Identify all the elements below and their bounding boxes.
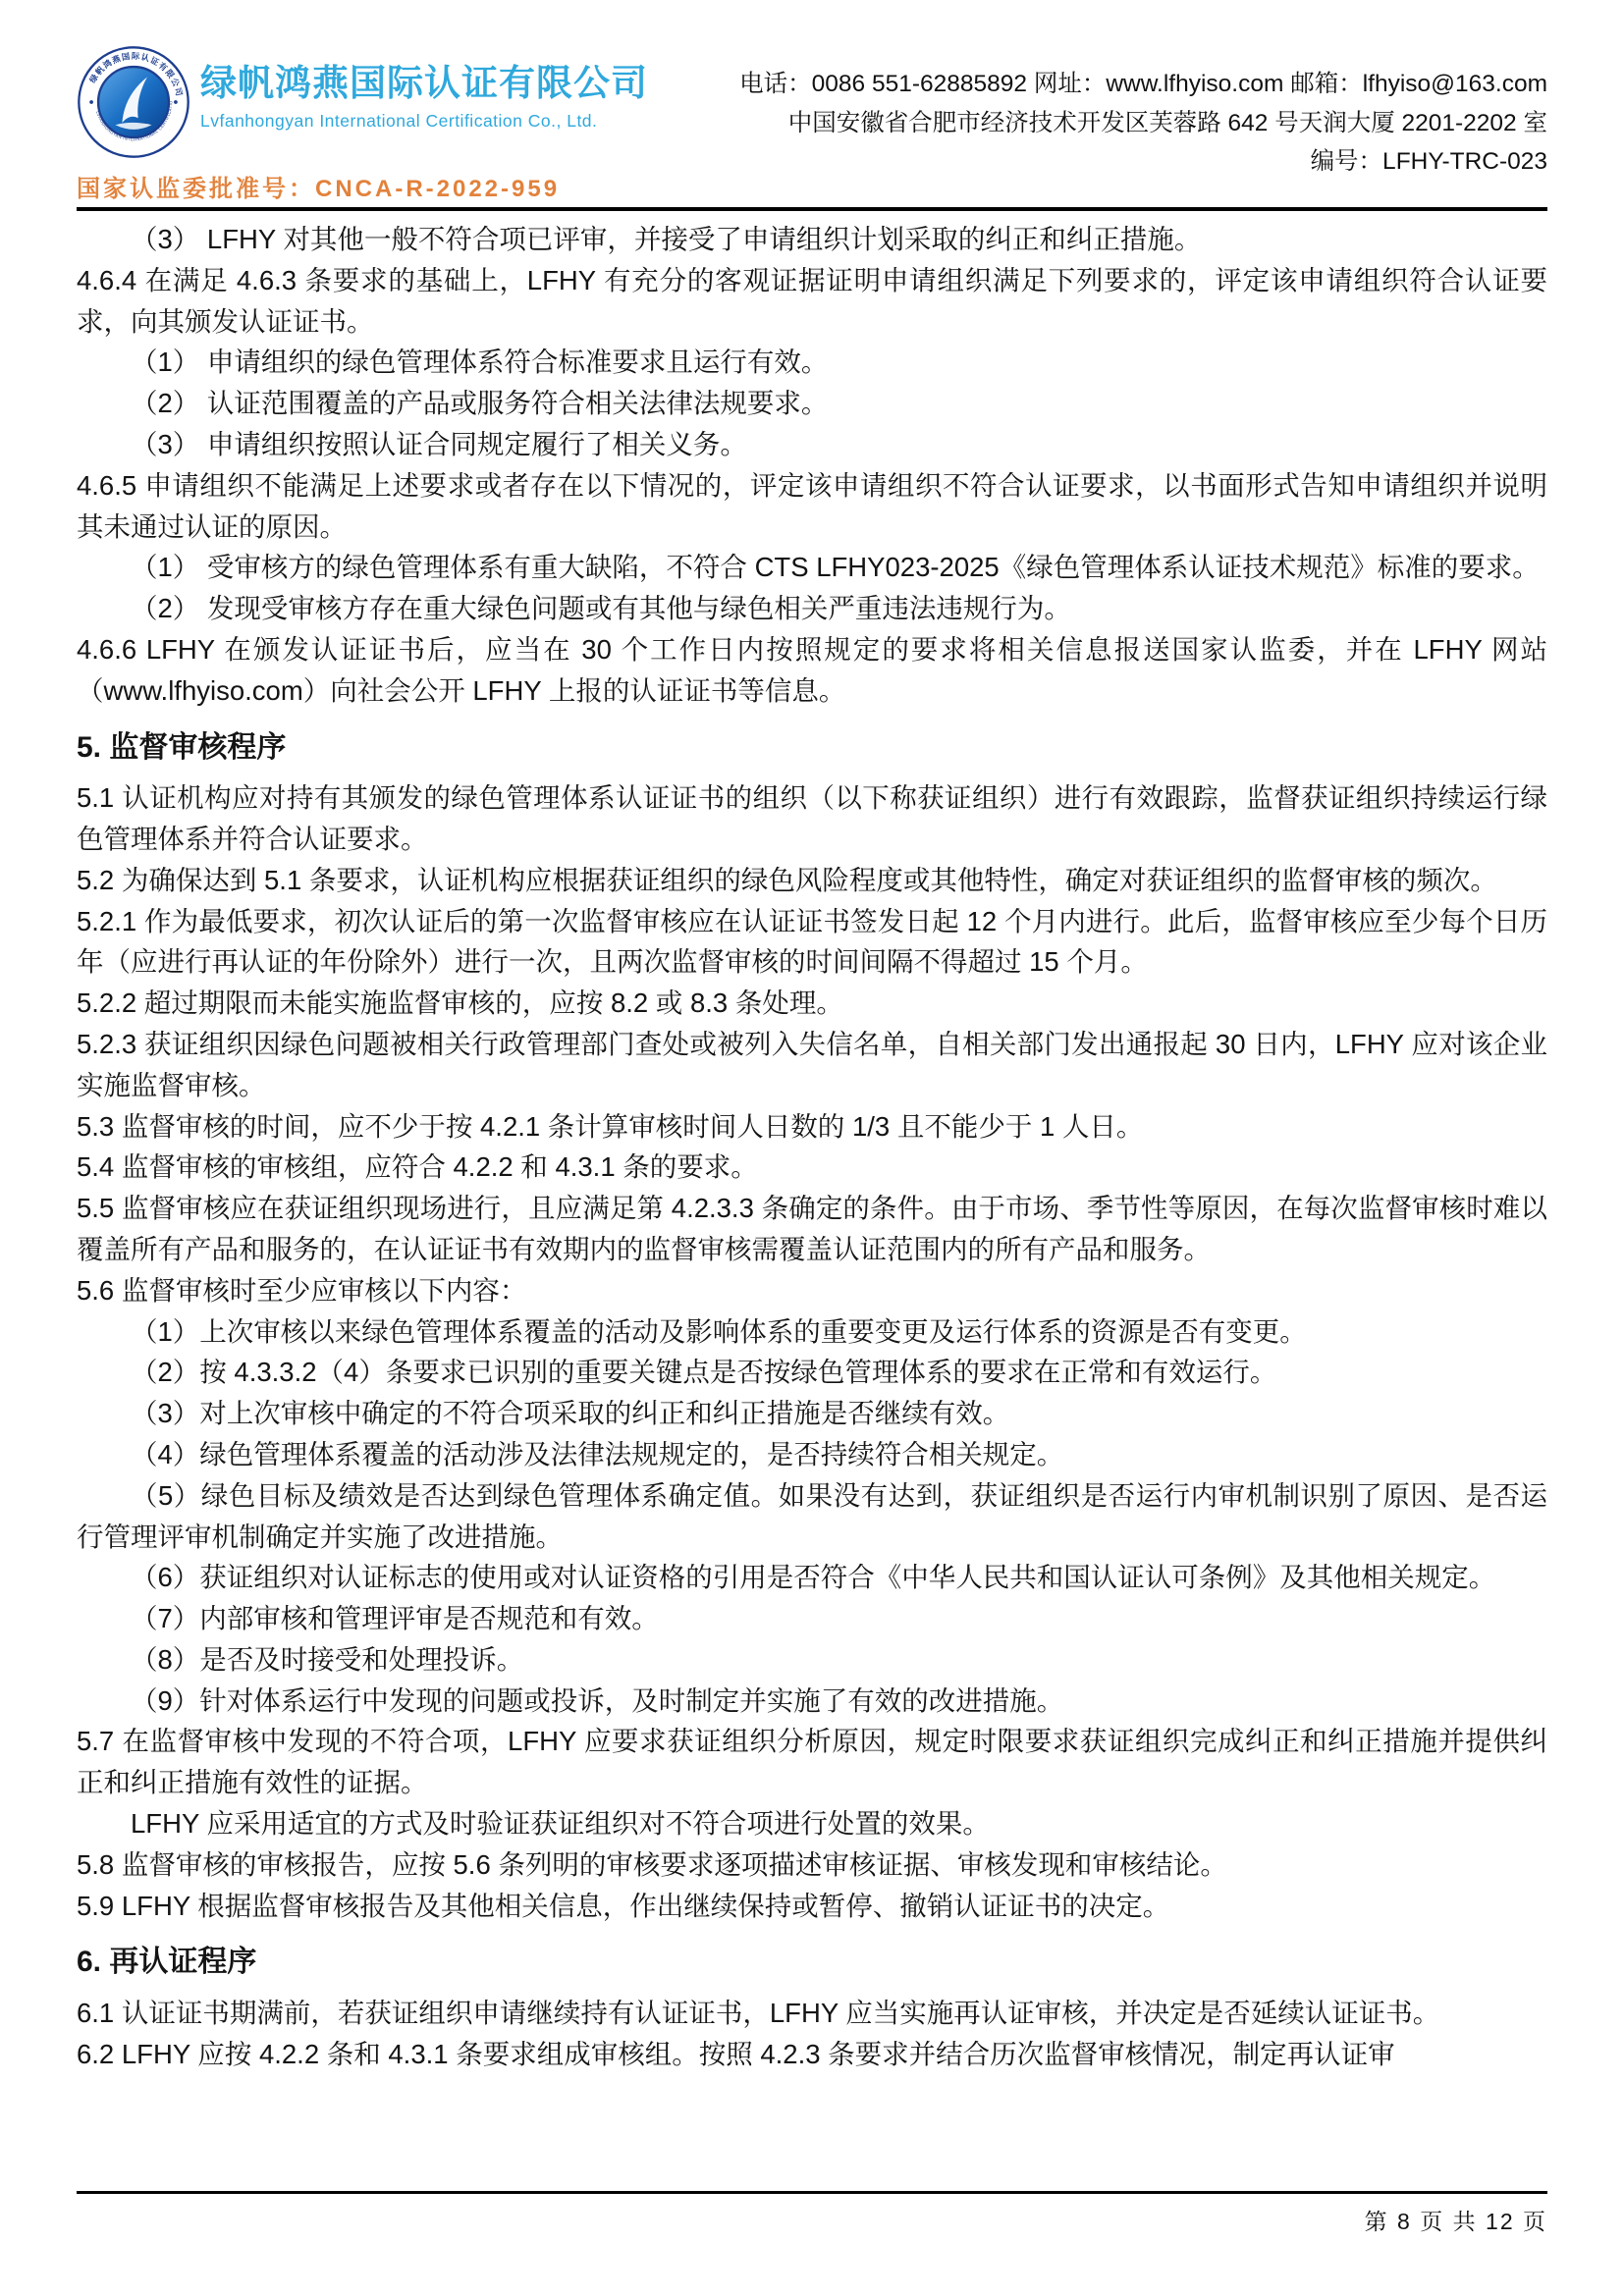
paragraph: LFHY 应采用适宜的方式及时验证获证组织对不符合项进行处置的效果。 [77, 1803, 1547, 1844]
paragraph: 5.2.1 作为最低要求，初次认证后的第一次监督审核应在认证证书签发日起 12 … [77, 901, 1547, 984]
contact-phone-web-email: 电话：0086 551-62885892 网址：www.lfhyiso.com … [739, 65, 1547, 104]
paragraph: 5.8 监督审核的审核报告，应按 5.6 条列明的审核要求逐项描述审核证据、审核… [77, 1844, 1547, 1886]
footer-divider [77, 2191, 1547, 2194]
page-number: 第 8 页 共 12 页 [77, 2204, 1547, 2236]
paragraph: 5.6 监督审核时至少应审核以下内容： [77, 1270, 1547, 1311]
document-page: 绿帆鸿燕国际认证有限公司 LVFANHONGYAN INTERNATIONAL … [0, 0, 1624, 2296]
paragraph: （1） 申请组织的绿色管理体系符合标准要求且运行有效。 [77, 342, 1547, 383]
paragraph: 5.5 监督审核应在获证组织现场进行，且应满足第 4.2.3.3 条确定的条件。… [77, 1188, 1547, 1270]
paragraph: 4.6.6 LFHY 在颁发认证证书后，应当在 30 个工作日内按照规定的要求将… [77, 629, 1547, 712]
paragraph: （4）绿色管理体系覆盖的活动涉及法律法规规定的，是否持续符合相关规定。 [77, 1434, 1547, 1475]
paragraph: 4.6.4 在满足 4.6.3 条要求的基础上，LFHY 有充分的客观证据证明申… [77, 260, 1547, 343]
paragraph: 5.2.2 超过期限而未能实施监督审核的，应按 8.2 或 8.3 条处理。 [77, 983, 1547, 1024]
paragraph: （1） 受审核方的绿色管理体系有重大缺陷，不符合 CTS LFHY023-202… [77, 547, 1547, 588]
paragraph: （2） 发现受审核方存在重大绿色问题或有其他与绿色相关严重违法违规行为。 [77, 588, 1547, 629]
paragraph: 6.2 LFHY 应按 4.2.2 条和 4.3.1 条要求组成审核组。按照 4… [77, 2034, 1547, 2075]
paragraph: 5.3 监督审核的时间，应不少于按 4.2.1 条计算审核时间人日数的 1/3 … [77, 1106, 1547, 1148]
paragraph: 6.1 认证证书期满前，若获证组织申请继续持有认证证书，LFHY 应当实施再认证… [77, 1993, 1547, 2034]
section-heading: 5. 监督审核程序 [77, 725, 1547, 771]
section-heading: 6. 再认证程序 [77, 1940, 1547, 1985]
company-logo-icon: 绿帆鸿燕国际认证有限公司 LVFANHONGYAN INTERNATIONAL … [77, 45, 190, 159]
paragraph: （3）对上次审核中确定的不符合项采取的纠正和纠正措施是否继续有效。 [77, 1393, 1547, 1434]
paragraph: （8）是否及时接受和处理投诉。 [77, 1639, 1547, 1681]
company-name-cn: 绿帆鸿燕国际认证有限公司 [200, 63, 648, 105]
paragraph: （7）内部审核和管理评审是否规范和有效。 [77, 1598, 1547, 1639]
paragraph: （5）绿色目标及绩效是否达到绿色管理体系确定值。如果没有达到，获证组织是否运行内… [77, 1475, 1547, 1558]
paragraph: （2） 认证范围覆盖的产品或服务符合相关法律法规要求。 [77, 383, 1547, 424]
paragraph: （3） LFHY 对其他一般不符合项已评审，并接受了申请组织计划采取的纠正和纠正… [77, 219, 1547, 260]
header-divider [77, 207, 1547, 211]
paragraph: （9）针对体系运行中发现的问题或投诉，及时制定并实施了有效的改进措施。 [77, 1681, 1547, 1722]
document-body: （3） LFHY 对其他一般不符合项已评审，并接受了申请组织计划采取的纠正和纠正… [77, 219, 1547, 2075]
company-name-en: Lvfanhongyan International Certification… [200, 111, 648, 132]
approval-number: 国家认监委批准号：CNCA-R-2022-959 [77, 169, 648, 203]
paragraph: 5.2.3 获证组织因绿色问题被相关行政管理部门查处或被列入失信名单，自相关部门… [77, 1024, 1547, 1106]
document-number: 编号：LFHY-TRC-023 [739, 142, 1547, 182]
paragraph: （1）上次审核以来绿色管理体系覆盖的活动及影响体系的重要变更及运行体系的资源是否… [77, 1311, 1547, 1353]
paragraph: 5.1 认证机构应对持有其颁发的绿色管理体系认证证书的组织（以下称获证组织）进行… [77, 777, 1547, 860]
paragraph: （2）按 4.3.3.2（4）条要求已识别的重要关键点是否按绿色管理体系的要求在… [77, 1352, 1547, 1393]
paragraph: 5.2 为确保达到 5.1 条要求，认证机构应根据获证组织的绿色风险程度或其他特… [77, 860, 1547, 901]
paragraph: 5.7 在监督审核中发现的不符合项，LFHY 应要求获证组织分析原因，规定时限要… [77, 1721, 1547, 1803]
paragraph: （3） 申请组织按照认证合同规定履行了相关义务。 [77, 424, 1547, 465]
page-header: 绿帆鸿燕国际认证有限公司 LVFANHONGYAN INTERNATIONAL … [77, 45, 1547, 203]
page-footer: 第 8 页 共 12 页 [77, 2191, 1547, 2236]
paragraph: 4.6.5 申请组织不能满足上述要求或者存在以下情况的，评定该申请组织不符合认证… [77, 465, 1547, 548]
paragraph: （6）获证组织对认证标志的使用或对认证资格的引用是否符合《中华人民共和国认证认可… [77, 1557, 1547, 1598]
contact-address: 中国安徽省合肥市经济技术开发区芙蓉路 642 号天润大厦 2201-2202 室 [739, 104, 1547, 143]
paragraph: 5.9 LFHY 根据监督审核报告及其他相关信息，作出继续保持或暂停、撤销认证证… [77, 1886, 1547, 1927]
paragraph: 5.4 监督审核的审核组，应符合 4.2.2 和 4.3.1 条的要求。 [77, 1147, 1547, 1188]
